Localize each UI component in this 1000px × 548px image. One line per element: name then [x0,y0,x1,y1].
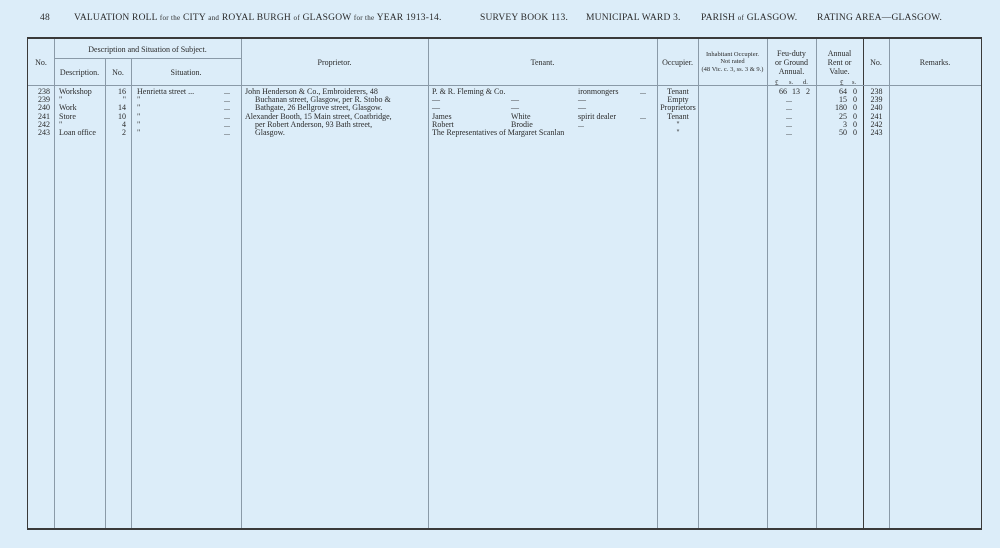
unit-rent-shillings: s. [852,79,856,87]
col-divider [241,39,242,528]
unit-feu-pounds: £ [775,79,779,87]
row-situation: Henrietta street ... [137,88,212,96]
proprietor-entry: Alexander Booth, 15 Main street, Coatbri… [245,113,425,138]
row-situation-dots: ... [224,129,230,137]
col-divider [816,39,817,528]
header-bottom-rule [28,85,981,86]
header-house-no: No. [105,59,131,85]
col-divider [428,39,429,528]
rating-area: RATING AREA—GLASGOW. [817,13,942,23]
row-tenant-dots: ... [640,88,646,96]
row-feu-pence: 2 [800,88,810,96]
header-description: Description. [54,59,105,85]
roll-title: VALUATION ROLL for the CITY and ROYAL BU… [74,13,442,23]
col-divider [131,59,132,528]
col-divider [54,39,55,528]
col-divider [889,39,890,528]
header-situation: Situation. [131,59,241,85]
row-feu-pounds: ... [780,129,798,137]
row-no: 243 [30,129,50,137]
row-occupier: " [658,129,698,137]
row-description: Workshop [59,88,92,96]
header-inhabitant-occupier: Inhabitant Occupier. Not rated (48 Vic. … [698,39,767,85]
row-situation: " [137,96,212,104]
row-situation: " [137,104,212,112]
municipal-ward: MUNICIPAL WARD 3. [586,13,681,23]
valuation-roll-table: No. Description and Situation of Subject… [27,37,982,530]
parish: PARISH of GLASGOW. [701,13,797,23]
col-divider [767,39,768,528]
header-proprietor: Proprietor. [241,39,428,85]
unit-feu-pence: d. [803,79,808,87]
row-rent-shillings: 0 [848,129,857,137]
row-feu-pounds: 66 [768,88,787,96]
proprietor-entry: John Henderson & Co., Embroiderers, 48 B… [245,88,425,113]
row-situation: " [137,129,212,137]
survey-book: SURVEY BOOK 113. [480,13,568,23]
col-divider [698,39,699,528]
row-tenant-first: The Representatives of Margaret Scanlan [432,129,564,137]
row-rent-pounds: 50 [823,129,847,137]
page-number: 48 [40,13,50,23]
header-no-right: No. [863,39,889,85]
row-tenant-dots: ... [640,113,646,121]
header-no: No. [28,39,54,85]
header-tenant: Tenant. [428,39,657,85]
row-tenant-trade: ... [578,121,584,129]
header-description-group: Description and Situation of Subject. [54,40,241,58]
row-house-no: 2 [106,129,126,137]
row-description: Loan office [59,129,96,137]
unit-feu-shillings: s. [789,79,793,87]
unit-rent-pounds: £ [840,79,844,87]
page-header: 48 VALUATION ROLL for the CITY and ROYAL… [40,13,980,27]
row-situation: " [137,121,212,129]
row-situation: " [137,113,212,121]
row-tenant-first: P. & R. Fleming & Co. [432,88,505,96]
header-remarks: Remarks. [889,39,981,85]
row-no-right: 243 [864,129,889,137]
header-occupier: Occupier. [657,39,698,85]
